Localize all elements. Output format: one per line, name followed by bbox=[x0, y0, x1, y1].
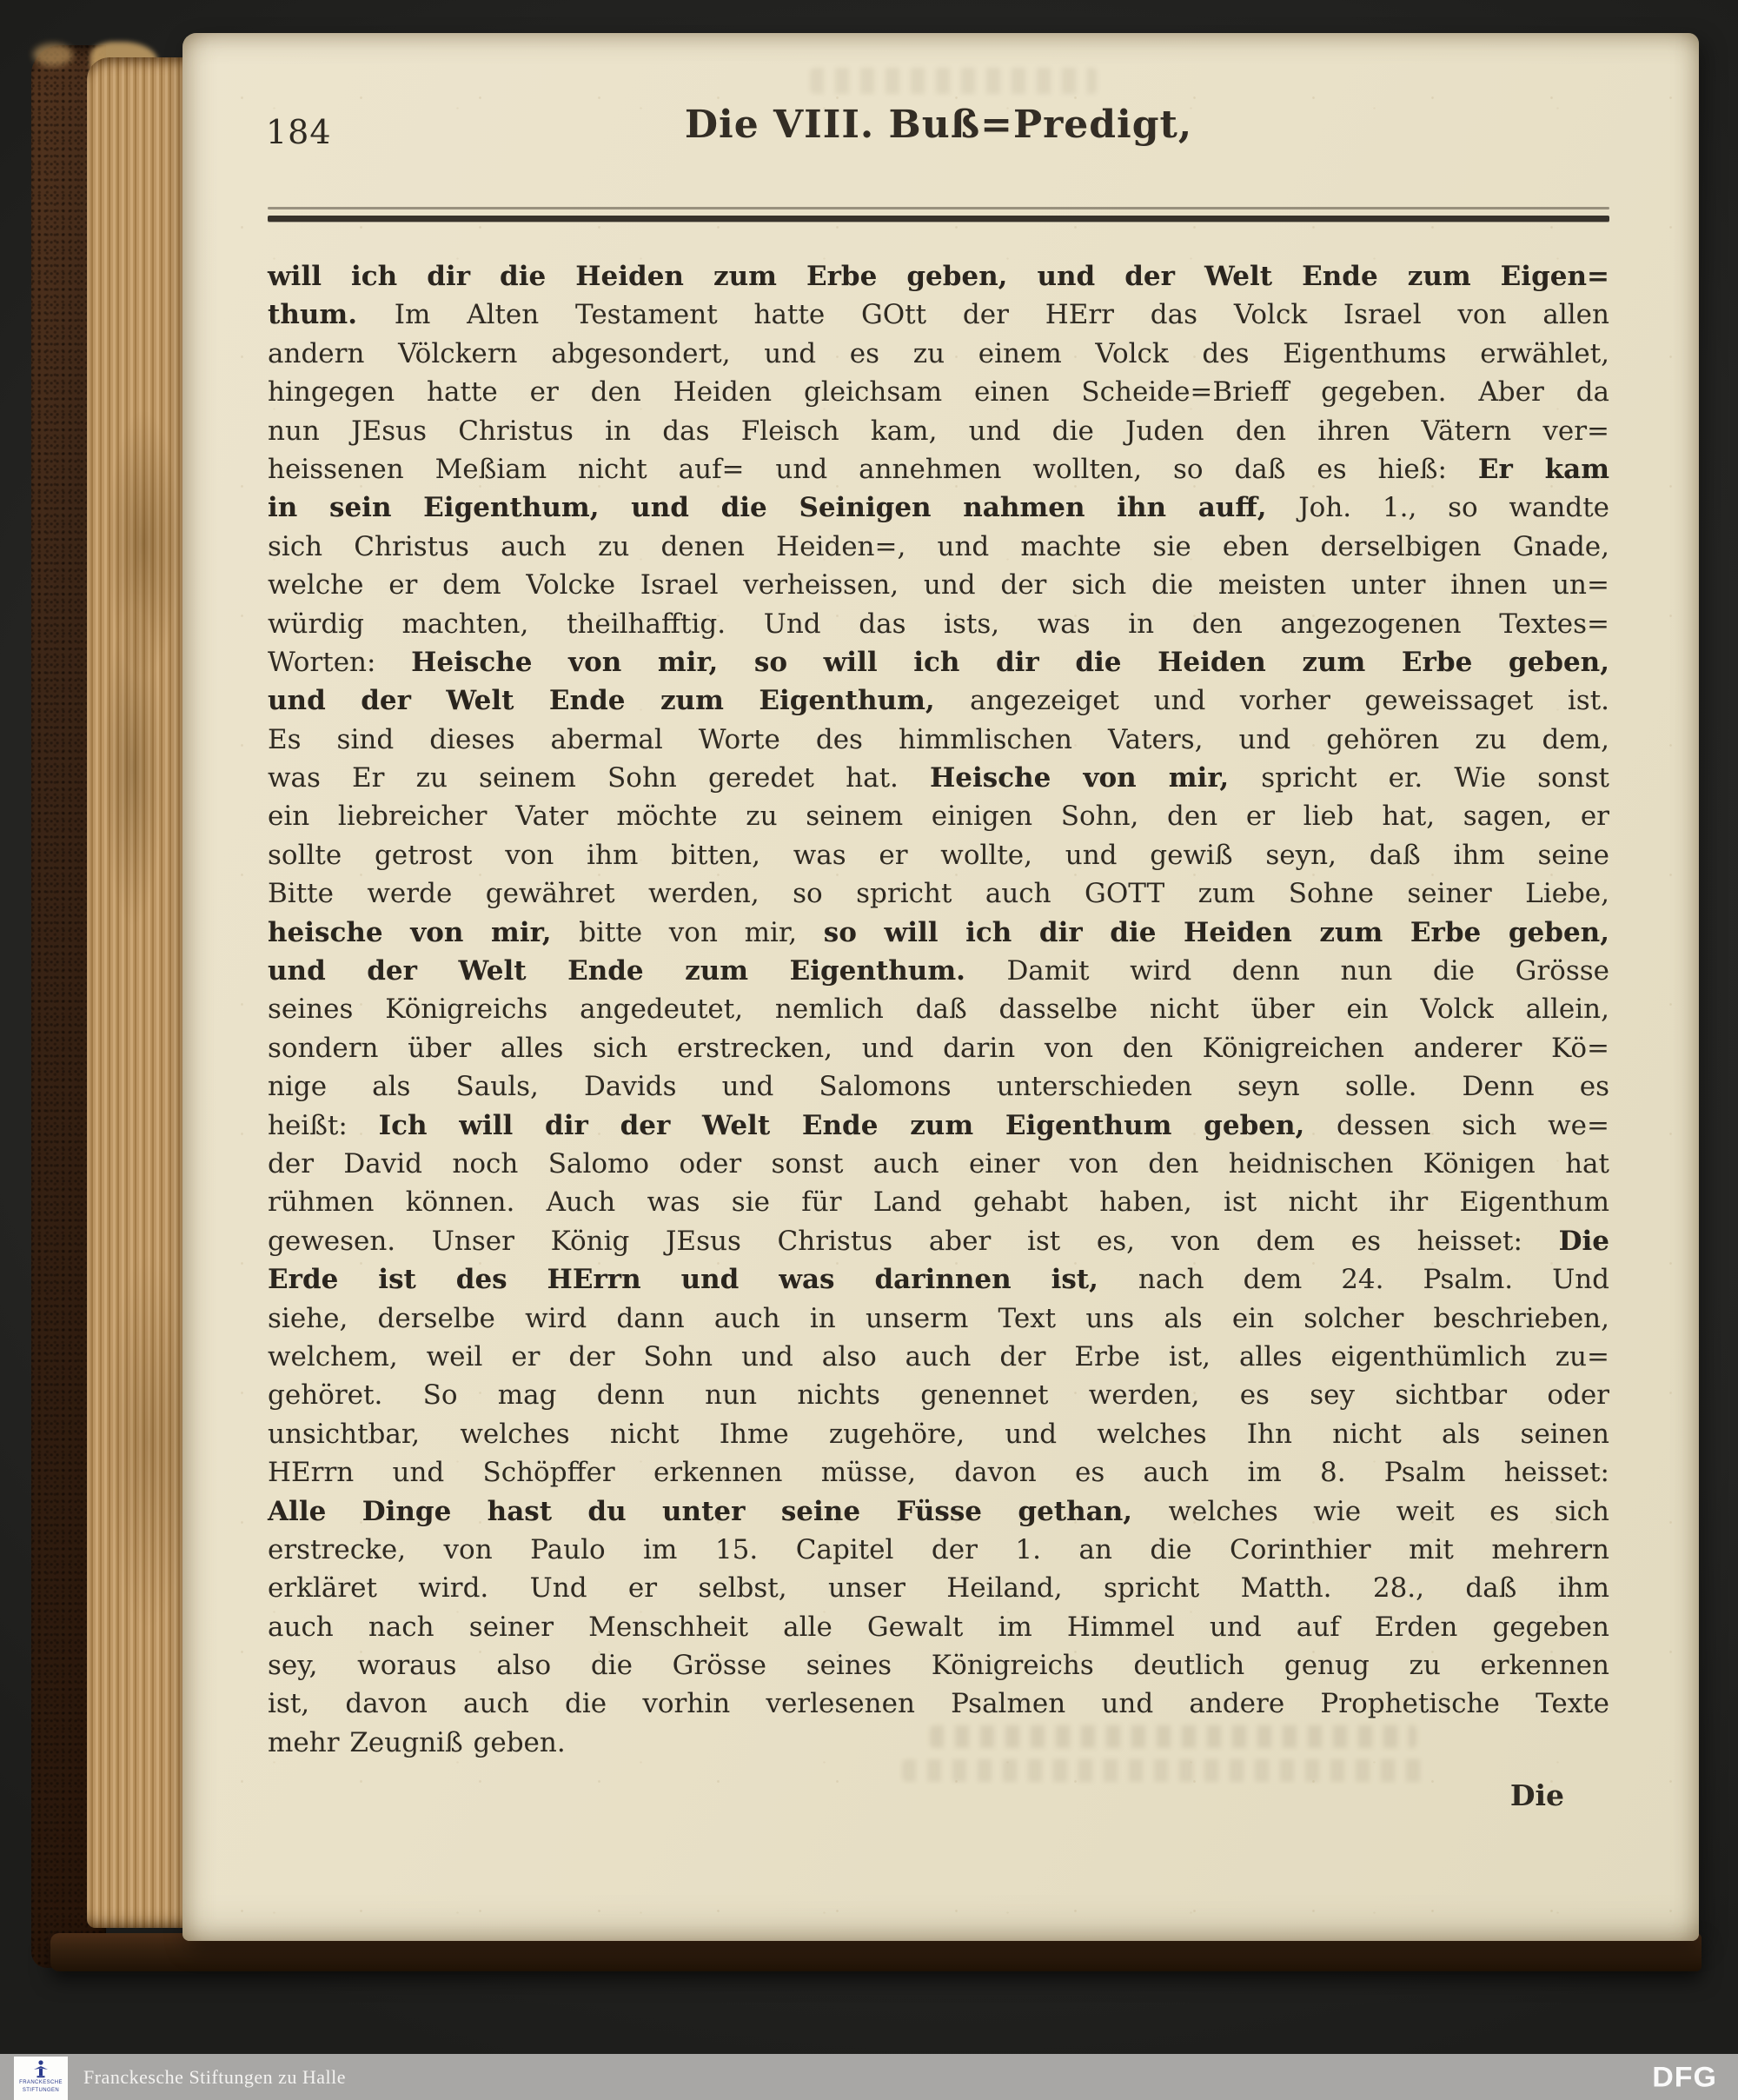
body-text-segment: andern Völckern abgesondert, und es zu e… bbox=[268, 338, 1609, 369]
francke-eagle-sun-icon bbox=[32, 2059, 50, 2078]
emphasis-text: Heische von mir, so will ich dir die Hei… bbox=[411, 647, 1609, 678]
text-line: ein liebreicher Vater möchte zu seinem e… bbox=[268, 797, 1609, 835]
text-line: andern Völckern abgesondert, und es zu e… bbox=[268, 335, 1609, 373]
bleed-through-smudge bbox=[902, 1759, 1423, 1782]
emphasis-text: Heische von mir, bbox=[930, 762, 1261, 794]
text-line: heische von mir, bitte von mir, so will … bbox=[268, 914, 1609, 952]
text-line: Worten: Heische von mir, so will ich dir… bbox=[268, 643, 1609, 681]
text-line: gewesen. Unser König JEsus Christus aber… bbox=[268, 1222, 1609, 1260]
text-line: in sein Eigenthum, und die Seinigen nahm… bbox=[268, 488, 1609, 527]
francke-logo-box: FRANCKESCHE STIFTUNGEN bbox=[14, 2057, 68, 2100]
text-line: sollte getrost von ihm bitten, was er wo… bbox=[268, 836, 1609, 874]
body-text-segment: gehöret. So mag denn nun nichts genennet… bbox=[268, 1379, 1609, 1411]
body-text-segment: sich Christus auch zu denen Heiden=, und… bbox=[268, 531, 1609, 562]
emphasis-text: Erde ist des HErrn und was darinnen ist, bbox=[268, 1264, 1138, 1295]
body-text-segment: Es sind dieses abermal Worte des himmlis… bbox=[268, 724, 1609, 755]
book-page: 184 Die VIII. Buß=Predigt, will ich dir … bbox=[182, 33, 1699, 1941]
body-text-segment: nun JEsus Christus in das Fleisch kam, u… bbox=[268, 415, 1609, 447]
body-text-segment: Worten: bbox=[268, 647, 411, 678]
body-text-segment: sondern über alles sich erstrecken, und … bbox=[268, 1033, 1609, 1064]
text-line: welchem, weil er der Sohn und also auch … bbox=[268, 1338, 1609, 1376]
emphasis-text: heische von mir, bbox=[268, 917, 579, 948]
body-text-segment: gewesen. Unser König JEsus Christus aber… bbox=[268, 1226, 1559, 1257]
text-line: erstrecke, von Paulo im 15. Capitel der … bbox=[268, 1531, 1609, 1569]
text-line: gehöret. So mag denn nun nichts genennet… bbox=[268, 1376, 1609, 1414]
body-text-segment: sey, woraus also die Grösse seines König… bbox=[268, 1650, 1609, 1681]
body-text: will ich dir die Heiden zum Erbe geben, … bbox=[268, 257, 1609, 1762]
text-line: hingegen hatte er den Heiden gleichsam e… bbox=[268, 373, 1609, 411]
emphasis-text: Er kam bbox=[1478, 454, 1609, 485]
book-page-edges bbox=[87, 57, 189, 1928]
body-text-segment: welche er dem Volcke Israel verheissen, … bbox=[268, 569, 1609, 601]
body-text-segment: nige als Sauls, Davids und Salomons unte… bbox=[268, 1071, 1609, 1102]
body-text-segment: ein liebreicher Vater möchte zu seinem e… bbox=[268, 801, 1609, 832]
text-line: nige als Sauls, Davids und Salomons unte… bbox=[268, 1067, 1609, 1106]
text-line: sich Christus auch zu denen Heiden=, und… bbox=[268, 528, 1609, 566]
cover-wear-patch bbox=[33, 43, 73, 66]
body-text-segment: mehr Zeugniß geben. bbox=[268, 1727, 566, 1758]
body-text-segment: bitte von mir, bbox=[579, 917, 824, 948]
photo-backdrop: 184 Die VIII. Buß=Predigt, will ich dir … bbox=[0, 0, 1738, 2054]
body-text-segment: welches wie weit es sich bbox=[1168, 1496, 1609, 1527]
body-text-segment: hingegen hatte er den Heiden gleichsam e… bbox=[268, 376, 1609, 408]
francke-logo-text-line2: STIFTUNGEN bbox=[23, 2088, 59, 2094]
emphasis-text: will ich dir die Heiden zum Erbe geben, … bbox=[268, 261, 1609, 292]
body-text-segment: rühmen können. Auch was sie für Land geh… bbox=[268, 1186, 1609, 1218]
text-line: seines Königreichs angedeutet, nemlich d… bbox=[268, 990, 1609, 1028]
body-text-segment: nach dem 24. Psalm. Und bbox=[1138, 1264, 1609, 1295]
scanned-book-page-view: { "colors": { "footer_bar": "#a8a7a5", "… bbox=[0, 0, 1738, 2100]
body-text-segment: spricht er. Wie sonst bbox=[1261, 762, 1609, 794]
emphasis-text: Die bbox=[1559, 1226, 1609, 1257]
body-text-segment: Joh. 1., so wandte bbox=[1298, 492, 1609, 523]
text-line: sey, woraus also die Grösse seines König… bbox=[268, 1646, 1609, 1685]
body-text-segment: dessen sich we= bbox=[1337, 1110, 1609, 1141]
emphasis-text: in sein Eigenthum, und die Seinigen nahm… bbox=[268, 492, 1298, 523]
text-line: nun JEsus Christus in das Fleisch kam, u… bbox=[268, 412, 1609, 450]
text-line: sondern über alles sich erstrecken, und … bbox=[268, 1029, 1609, 1067]
text-line: der David noch Salomo oder sonst auch ei… bbox=[268, 1145, 1609, 1183]
body-text-segment: was Er zu seinem Sohn geredet hat. bbox=[268, 762, 930, 794]
body-text-segment: siehe, derselbe wird dann auch in unserm… bbox=[268, 1303, 1609, 1334]
text-line: Bitte werde gewähret werden, so spricht … bbox=[268, 874, 1609, 913]
text-line: welche er dem Volcke Israel verheissen, … bbox=[268, 566, 1609, 604]
body-text-segment: Damit wird denn nun die Grösse bbox=[1006, 955, 1609, 987]
emphasis-text: so will ich dir die Heiden zum Erbe gebe… bbox=[824, 917, 1609, 948]
body-text-segment: heißt: bbox=[268, 1110, 379, 1141]
body-text-segment: heissenen Meßiam nicht auf= und annehmen… bbox=[268, 454, 1478, 485]
body-text-segment: erstrecke, von Paulo im 15. Capitel der … bbox=[268, 1534, 1609, 1565]
text-line: heissenen Meßiam nicht auf= und annehmen… bbox=[268, 450, 1609, 488]
text-line: würdig machten, theilhafftig. Und das is… bbox=[268, 605, 1609, 643]
catchword: Die bbox=[1390, 1778, 1564, 1812]
text-line: rühmen können. Auch was sie für Land geh… bbox=[268, 1183, 1609, 1221]
rule-thin-line bbox=[268, 207, 1609, 209]
body-text-segment: würdig machten, theilhafftig. Und das is… bbox=[268, 608, 1609, 640]
text-line: siehe, derselbe wird dann auch in unserm… bbox=[268, 1299, 1609, 1338]
text-line: was Er zu seinem Sohn geredet hat. Heisc… bbox=[268, 759, 1609, 797]
body-text-segment: Bitte werde gewähret werden, so spricht … bbox=[268, 878, 1609, 909]
body-text-segment: der David noch Salomo oder sonst auch ei… bbox=[268, 1148, 1609, 1180]
text-line: erkläret wird. Und er selbst, unser Heil… bbox=[268, 1569, 1609, 1607]
footer-bar: FRANCKESCHE STIFTUNGEN Franckesche Stift… bbox=[0, 2054, 1738, 2100]
body-text-segment: unsichtbar, welches nicht Ihme zugehöre,… bbox=[268, 1419, 1609, 1450]
emphasis-text: Ich will dir der Welt Ende zum Eigenthum… bbox=[379, 1110, 1337, 1141]
body-text-segment: erkläret wird. Und er selbst, unser Heil… bbox=[268, 1572, 1609, 1604]
text-line: heißt: Ich will dir der Welt Ende zum Ei… bbox=[268, 1106, 1609, 1145]
bleed-through-smudge bbox=[810, 68, 1097, 94]
body-text-segment: welchem, weil er der Sohn und also auch … bbox=[268, 1341, 1609, 1372]
rule-thick-line bbox=[268, 216, 1609, 222]
body-text-segment: Im Alten Testament hatte GOtt der HErr d… bbox=[395, 299, 1609, 330]
body-text-segment: ist, davon auch die vorhin verlesenen Ps… bbox=[268, 1688, 1609, 1719]
header-double-rule bbox=[268, 207, 1609, 222]
institution-label: Franckesche Stiftungen zu Halle bbox=[83, 2054, 346, 2100]
emphasis-text: und der Welt Ende zum Eigenthum. bbox=[268, 955, 1006, 987]
text-line: Es sind dieses abermal Worte des himmlis… bbox=[268, 721, 1609, 759]
text-line: will ich dir die Heiden zum Erbe geben, … bbox=[268, 257, 1609, 296]
page-title: Die VIII. Buß=Predigt, bbox=[268, 103, 1609, 147]
emphasis-text: thum. bbox=[268, 299, 395, 330]
francke-logo-text-line1: FRANCKESCHE bbox=[19, 2080, 63, 2086]
body-text-segment: angezeiget und vorher geweissaget ist. bbox=[970, 685, 1609, 716]
text-line: thum. Im Alten Testament hatte GOtt der … bbox=[268, 296, 1609, 334]
text-line: Erde ist des HErrn und was darinnen ist,… bbox=[268, 1260, 1609, 1299]
body-text-segment: sollte getrost von ihm bitten, was er wo… bbox=[268, 840, 1609, 871]
emphasis-text: und der Welt Ende zum Eigenthum, bbox=[268, 685, 970, 716]
text-line: auch nach seiner Menschheit alle Gewalt … bbox=[268, 1608, 1609, 1646]
text-line: Alle Dinge hast du unter seine Füsse get… bbox=[268, 1492, 1609, 1531]
text-line: mehr Zeugniß geben. bbox=[268, 1724, 1609, 1762]
text-line: und der Welt Ende zum Eigenthum. Damit w… bbox=[268, 952, 1609, 990]
text-line: HErrn und Schöpffer erkennen müsse, davo… bbox=[268, 1453, 1609, 1492]
text-line: und der Welt Ende zum Eigenthum, angezei… bbox=[268, 681, 1609, 720]
body-text-segment: HErrn und Schöpffer erkennen müsse, davo… bbox=[268, 1457, 1609, 1488]
dfg-logo: DFG bbox=[1652, 2062, 1717, 2094]
emphasis-text: Alle Dinge hast du unter seine Füsse get… bbox=[268, 1496, 1168, 1527]
body-text-segment: seines Königreichs angedeutet, nemlich d… bbox=[268, 994, 1609, 1025]
text-line: ist, davon auch die vorhin verlesenen Ps… bbox=[268, 1685, 1609, 1723]
text-line: unsichtbar, welches nicht Ihme zugehöre,… bbox=[268, 1415, 1609, 1453]
body-text-segment: auch nach seiner Menschheit alle Gewalt … bbox=[268, 1612, 1609, 1643]
